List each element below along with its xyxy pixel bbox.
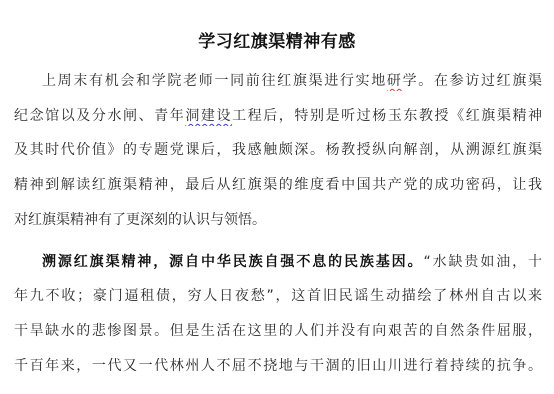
paragraph-2-line-2: 年九不收；豪门逼租债，穷人日夜愁”，这首旧民谣生动描绘了林州自古以来 [14, 286, 542, 306]
paragraph-1-line-5: 对红旗渠精神有了更深刻的认识与领悟。 [14, 210, 542, 230]
text-segment: “水缺贵如油，十 [423, 254, 542, 270]
grammar-flag[interactable]: 洞建设 [185, 108, 232, 124]
bold-lead-sentence: 溯源红旗渠精神，源自中华民族自强不息的民族基因。 [42, 254, 423, 270]
paragraph-1-line-4: 精神到解读红旗渠精神，最后从红旗渠的维度看中国共产党的成功密码，让我 [14, 175, 542, 195]
paragraph-2-line-3: 干旱缺水的悲惨图景。但是生活在这里的人们并没有向艰苦的自然条件屈服， [14, 321, 542, 341]
text-segment: 学。在参访过红旗渠 [403, 73, 542, 89]
paragraph-1-line-1: 上周末有机会和学院老师一同前往红旗渠进行实地研学。在参访过红旗渠 [42, 71, 542, 91]
text-segment: 纪念馆以及分水闸、青年 [14, 108, 185, 124]
text-segment: 工程后，特别是听过杨玉东教授《红旗渠精神 [232, 108, 542, 124]
document-title: 学习红旗渠精神有感 [0, 27, 554, 52]
spelling-flag[interactable]: 研 [387, 73, 403, 89]
paragraph-2-line-1: 溯源红旗渠精神，源自中华民族自强不息的民族基因。“水缺贵如油，十 [42, 252, 542, 272]
paragraph-1-line-3: 及其时代价值》的专题党课后，我感触颇深。杨教授纵向解剖，从溯源红旗渠 [14, 140, 542, 160]
text-segment: 上周末有机会和学院老师一同前往红旗渠进行实地 [42, 73, 387, 89]
paragraph-1-line-2: 纪念馆以及分水闸、青年洞建设工程后，特别是听过杨玉东教授《红旗渠精神 [14, 106, 542, 126]
paragraph-2-line-4: 千百年来，一代又一代林州人不屈不挠地与干涸的旧山川进行着持续的抗争。 [14, 356, 542, 376]
